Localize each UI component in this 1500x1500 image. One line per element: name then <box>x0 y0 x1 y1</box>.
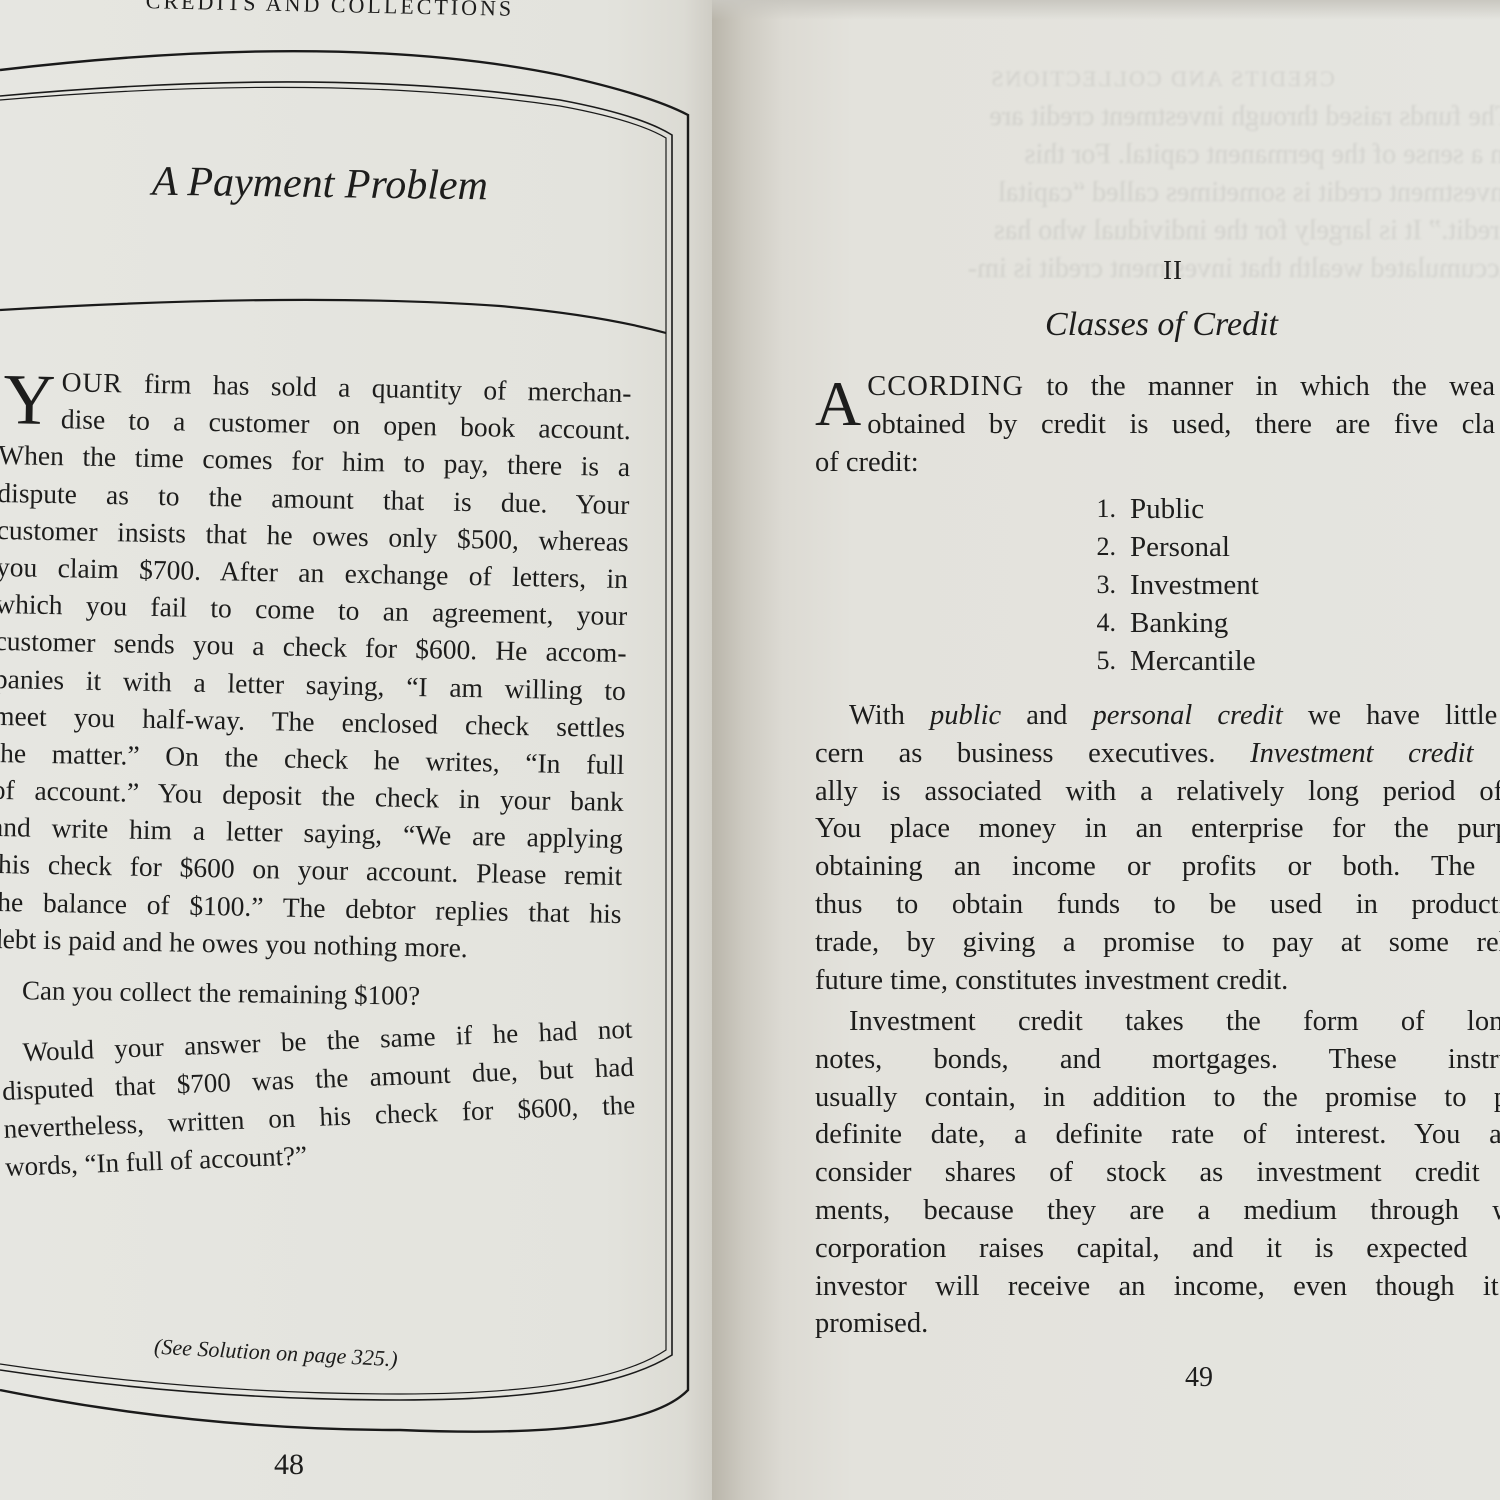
list-item: 4.Banking <box>1090 604 1259 642</box>
problem-question: Can you collect the remaining $100? <box>22 975 421 1012</box>
paragraph-investment-forms: Investment credit takes the form of long… <box>815 1003 1500 1343</box>
body-line: promised. <box>815 1305 1500 1343</box>
problem-body: Y OUR firm has sold a quantity of mercha… <box>0 362 632 969</box>
body-line: trade, by giving a promise to pay at som… <box>815 924 1500 962</box>
bleed-through-text: CREDITS AND COLLECTIONS The funds raised… <box>812 60 1500 288</box>
body-line: future time, constitutes investment cred… <box>815 962 1500 1000</box>
body-line: With public and personal credit we have … <box>815 697 1500 735</box>
body-line: Investment credit takes the form of long… <box>815 1003 1500 1041</box>
body-line: CCORDING to the manner in which the wea <box>815 368 1495 406</box>
body-line: obtained by credit is used, there are fi… <box>815 406 1495 444</box>
solution-reference: (See Solution on page 325.) <box>153 1334 398 1373</box>
drop-cap: A <box>815 376 861 432</box>
chapter-title: Classes of Credit <box>1045 306 1278 344</box>
body-line: of credit: <box>815 444 1500 482</box>
drop-cap: Y <box>3 370 56 429</box>
credit-classes-list: 1.Public 2.Personal 3.Investment 4.Banki… <box>1090 490 1259 680</box>
body-line: You place money in an enterprise for the… <box>815 810 1500 848</box>
follow-up-question: Would your answer be the same if he had … <box>0 1010 637 1186</box>
body-line: corporation raises capital, and it is ex… <box>815 1230 1500 1268</box>
list-item: 1.Public <box>1090 490 1259 528</box>
box-title: A Payment Problem <box>100 157 541 211</box>
body-line: cern as business executives. Investment … <box>815 735 1500 773</box>
chapter-number: II <box>1163 255 1183 286</box>
body-line: consider shares of stock as investment c… <box>815 1154 1500 1192</box>
list-item: 3.Investment <box>1090 566 1259 604</box>
list-item: 2.Personal <box>1090 528 1259 566</box>
left-page: CREDITS AND COLLECTIONS A Payment Proble… <box>0 0 712 1500</box>
paragraph-investment-intro: With public and personal credit we have … <box>815 697 1500 999</box>
intro-paragraph: A CCORDING to the manner in which the we… <box>815 368 1500 481</box>
list-item: 5.Mercantile <box>1090 642 1259 680</box>
body-line: notes, bonds, and mortgages. These instr… <box>815 1041 1500 1079</box>
body-line: ments, because they are a medium through… <box>815 1192 1500 1230</box>
page-number-right: 49 <box>1185 1362 1213 1394</box>
page-number-left: 48 <box>274 1448 304 1482</box>
body-line: usually contain, in addition to the prom… <box>815 1079 1500 1117</box>
page-top-shadow <box>712 0 1500 20</box>
body-line: thus to obtain funds to be used in produ… <box>815 886 1500 924</box>
body-line: definite date, a definite rate of intere… <box>815 1116 1500 1154</box>
body-line: investor will receive an income, even th… <box>815 1268 1500 1306</box>
running-head: CREDITS AND COLLECTIONS <box>110 0 550 23</box>
body-line: obtaining an income or profits or both. … <box>815 848 1500 886</box>
body-line: ally is associated with a relatively lon… <box>815 773 1500 811</box>
